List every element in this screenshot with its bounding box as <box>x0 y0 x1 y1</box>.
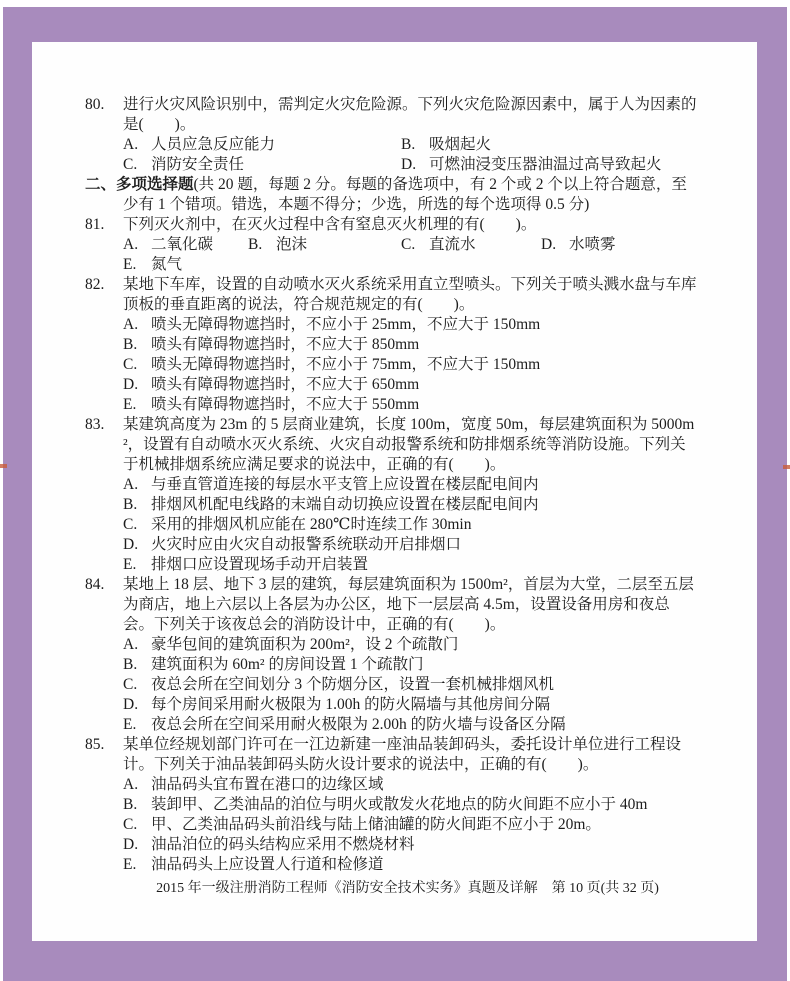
option-c: C.采用的排烟风机应能在 280℃时连续工作 30min <box>85 515 700 535</box>
option-text: 装卸甲、乙类油品的泊位与明火或散发火花地点的防火间距不应小于 40m <box>151 796 647 813</box>
option-label: B. <box>123 655 151 675</box>
option-label: E. <box>123 855 151 875</box>
question-80: 80.进行火灾风险识别中，需判定火灾危险源。下列火灾危险源因素中，属于人为因素的… <box>85 95 700 175</box>
option-c: C.消防安全责任 <box>123 155 401 175</box>
question-text-line: 81.下列灭火剂中，在灭火过程中含有窒息灭火机理的有( )。 <box>85 215 700 235</box>
option-text: 每个房间采用耐火极限为 1.00h 的防火隔墙与其他房间分隔 <box>151 696 550 713</box>
option-label: E. <box>123 395 151 415</box>
options-row: E.氮气 <box>85 255 700 275</box>
option-label: A. <box>123 315 151 335</box>
option-b: B.泡沫 <box>248 235 401 255</box>
registration-mark-right <box>783 465 790 469</box>
option-b: B.建筑面积为 60m² 的房间设置 1 个疏散门 <box>85 655 700 675</box>
page-footer: 2015 年一级注册消防工程师《消防安全技术实务》真题及详解 第 10 页(共 … <box>115 879 700 899</box>
registration-mark-left <box>0 464 7 468</box>
exam-paper-page: 80.进行火灾风险识别中，需判定火灾危险源。下列火灾危险源因素中，属于人为因素的… <box>32 42 757 941</box>
option-text: 建筑面积为 60m² 的房间设置 1 个疏散门 <box>151 656 423 673</box>
option-label: B. <box>401 135 429 155</box>
section-heading-title: 二、多项选择题 <box>85 176 194 193</box>
question-81: 81.下列灭火剂中，在灭火过程中含有窒息灭火机理的有( )。 A.二氧化碳B.泡… <box>85 215 700 275</box>
option-d: D.每个房间采用耐火极限为 1.00h 的防火隔墙与其他房间分隔 <box>85 695 700 715</box>
option-text: 夜总会所在空间采用耐火极限为 2.00h 的防火墙与设备区分隔 <box>151 716 566 733</box>
option-d: D.喷头有障碍物遮挡时，不应大于 650mm <box>85 375 700 395</box>
question-text: 进行火灾风险识别中，需判定火灾危险源。下列火灾危险源因素中，属于人为因素的是( … <box>123 96 697 133</box>
option-text: 甲、乙类油品码头前沿线与陆上储油罐的防火间距不应小于 20m。 <box>151 816 601 833</box>
question-text: 某建筑高度为 23m 的 5 层商业建筑，长度 100m，宽度 50m，每层建筑… <box>123 416 694 473</box>
option-label: B. <box>248 235 276 255</box>
option-text: 排烟口应设置现场手动开启装置 <box>151 556 368 573</box>
option-e: E.排烟口应设置现场手动开启装置 <box>85 555 700 575</box>
option-text: 泡沫 <box>276 236 307 253</box>
option-b: B.吸烟起火 <box>401 136 491 153</box>
option-label: D. <box>541 235 569 255</box>
option-text: 二氧化碳 <box>151 236 213 253</box>
option-label: C. <box>123 515 151 535</box>
question-85: 85.某单位经规划部门许可在一江边新建一座油品装卸码头，委托设计单位进行工程设计… <box>85 735 700 875</box>
option-text: 人员应急反应能力 <box>151 136 275 153</box>
question-text-line: 83.某建筑高度为 23m 的 5 层商业建筑，长度 100m，宽度 50m，每… <box>85 415 700 475</box>
option-text: 与垂直管道连接的每层水平支管上应设置在楼层配电间内 <box>151 476 539 493</box>
section-heading-rest: (共 20 题，每题 2 分。每题的备选项中，有 2 个或 2 个以上符合题意，… <box>123 176 687 213</box>
option-c: C.直流水 <box>401 235 541 255</box>
question-text: 某地上 18 层、地下 3 层的建筑，每层建筑面积为 1500m²，首层为大堂，… <box>123 576 694 633</box>
option-text: 水喷雾 <box>569 236 616 253</box>
option-text: 可燃油浸变压器油温过高导致起火 <box>429 156 662 173</box>
option-d: D.油品泊位的码头结构应采用不燃烧材料 <box>85 835 700 855</box>
question-83: 83.某建筑高度为 23m 的 5 层商业建筑，长度 100m，宽度 50m，每… <box>85 415 700 575</box>
option-text: 喷头无障碍物遮挡时，不应小于 75mm，不应大于 150mm <box>151 356 540 373</box>
option-label: D. <box>401 155 429 175</box>
option-label: A. <box>123 135 151 155</box>
option-text: 火灾时应由火灾自动报警系统联动开启排烟口 <box>151 536 461 553</box>
option-text: 油品码头宜布置在港口的边缘区域 <box>151 776 384 793</box>
option-b: B.装卸甲、乙类油品的泊位与明火或散发火花地点的防火间距不应小于 40m <box>85 795 700 815</box>
question-number: 83. <box>85 415 123 435</box>
option-label: C. <box>123 815 151 835</box>
question-text: 某单位经规划部门许可在一江边新建一座油品装卸码头，委托设计单位进行工程设计。下列… <box>123 736 681 773</box>
option-text: 氮气 <box>151 256 182 273</box>
question-number: 85. <box>85 735 123 755</box>
option-d: D.水喷雾 <box>541 236 616 253</box>
option-a: A.与垂直管道连接的每层水平支管上应设置在楼层配电间内 <box>85 475 700 495</box>
options-row: C.消防安全责任D.可燃油浸变压器油温过高导致起火 <box>85 155 700 175</box>
option-label: A. <box>123 635 151 655</box>
option-a: A.豪华包间的建筑面积为 200m²，设 2 个疏散门 <box>85 635 700 655</box>
option-text: 夜总会所在空间划分 3 个防烟分区，设置一套机械排烟风机 <box>151 676 554 693</box>
option-label: C. <box>123 355 151 375</box>
question-text-line: 82.某地下车库，设置的自动喷水灭火系统采用直立型喷头。下列关于喷头溅水盘与车库… <box>85 275 700 315</box>
option-label: B. <box>123 495 151 515</box>
option-a: A.人员应急反应能力 <box>123 135 401 155</box>
option-b: B.喷头有障碍物遮挡时，不应大于 850mm <box>85 335 700 355</box>
question-number: 81. <box>85 215 123 235</box>
option-text: 吸烟起火 <box>429 136 491 153</box>
question-number: 82. <box>85 275 123 295</box>
option-d: D.可燃油浸变压器油温过高导致起火 <box>401 156 662 173</box>
option-a: A.喷头无障碍物遮挡时，不应小于 25mm，不应大于 150mm <box>85 315 700 335</box>
option-label: B. <box>123 335 151 355</box>
option-label: C. <box>401 235 429 255</box>
option-c: C.夜总会所在空间划分 3 个防烟分区，设置一套机械排烟风机 <box>85 675 700 695</box>
question-number: 84. <box>85 575 123 595</box>
option-d: D.火灾时应由火灾自动报警系统联动开启排烟口 <box>85 535 700 555</box>
section-heading: 二、多项选择题(共 20 题，每题 2 分。每题的备选项中，有 2 个或 2 个… <box>85 175 700 215</box>
option-e: E.喷头有障碍物遮挡时，不应大于 550mm <box>85 395 700 415</box>
option-label: A. <box>123 775 151 795</box>
options-row: A.人员应急反应能力B.吸烟起火 <box>85 135 700 155</box>
option-label: E. <box>123 255 151 275</box>
option-label: B. <box>123 795 151 815</box>
option-text: 喷头有障碍物遮挡时，不应大于 550mm <box>151 396 419 413</box>
option-text: 喷头无障碍物遮挡时，不应小于 25mm，不应大于 150mm <box>151 316 540 333</box>
option-text: 豪华包间的建筑面积为 200m²，设 2 个疏散门 <box>151 636 458 653</box>
option-a: A.二氧化碳 <box>123 235 248 255</box>
question-text-line: 80.进行火灾风险识别中，需判定火灾危险源。下列火灾危险源因素中，属于人为因素的… <box>85 95 700 135</box>
option-label: D. <box>123 375 151 395</box>
option-e: E.氮气 <box>123 256 182 273</box>
page-content: 80.进行火灾风险识别中，需判定火灾危险源。下列火灾危险源因素中，属于人为因素的… <box>32 42 757 899</box>
question-text: 下列灭火剂中，在灭火过程中含有窒息灭火机理的有( )。 <box>123 216 536 233</box>
option-text: 喷头有障碍物遮挡时，不应大于 850mm <box>151 336 419 353</box>
option-label: C. <box>123 675 151 695</box>
option-b: B.排烟风机配电线路的末端自动切换应设置在楼层配电间内 <box>85 495 700 515</box>
option-label: E. <box>123 715 151 735</box>
option-text: 喷头有障碍物遮挡时，不应大于 650mm <box>151 376 419 393</box>
option-label: D. <box>123 835 151 855</box>
option-e: E.夜总会所在空间采用耐火极限为 2.00h 的防火墙与设备区分隔 <box>85 715 700 735</box>
option-a: A.油品码头宜布置在港口的边缘区域 <box>85 775 700 795</box>
option-text: 采用的排烟风机应能在 280℃时连续工作 30min <box>151 516 471 533</box>
option-text: 排烟风机配电线路的末端自动切换应设置在楼层配电间内 <box>151 496 539 513</box>
option-text: 消防安全责任 <box>151 156 244 173</box>
option-e: E.油品码头上应设置人行道和检修道 <box>85 855 700 875</box>
option-label: E. <box>123 555 151 575</box>
option-label: C. <box>123 155 151 175</box>
question-text-line: 84.某地上 18 层、地下 3 层的建筑，每层建筑面积为 1500m²，首层为… <box>85 575 700 635</box>
option-text: 油品泊位的码头结构应采用不燃烧材料 <box>151 836 415 853</box>
options-row: A.二氧化碳B.泡沫C.直流水D.水喷雾 <box>85 235 700 255</box>
question-number: 80. <box>85 95 123 115</box>
option-label: D. <box>123 535 151 555</box>
option-label: A. <box>123 475 151 495</box>
question-text: 某地下车库，设置的自动喷水灭火系统采用直立型喷头。下列关于喷头溅水盘与车库顶板的… <box>123 276 697 313</box>
option-text: 直流水 <box>429 236 476 253</box>
question-84: 84.某地上 18 层、地下 3 层的建筑，每层建筑面积为 1500m²，首层为… <box>85 575 700 735</box>
option-text: 油品码头上应设置人行道和检修道 <box>151 856 384 873</box>
option-label: A. <box>123 235 151 255</box>
question-82: 82.某地下车库，设置的自动喷水灭火系统采用直立型喷头。下列关于喷头溅水盘与车库… <box>85 275 700 415</box>
option-c: C.甲、乙类油品码头前沿线与陆上储油罐的防火间距不应小于 20m。 <box>85 815 700 835</box>
option-c: C.喷头无障碍物遮挡时，不应小于 75mm，不应大于 150mm <box>85 355 700 375</box>
question-text-line: 85.某单位经规划部门许可在一江边新建一座油品装卸码头，委托设计单位进行工程设计… <box>85 735 700 775</box>
option-label: D. <box>123 695 151 715</box>
